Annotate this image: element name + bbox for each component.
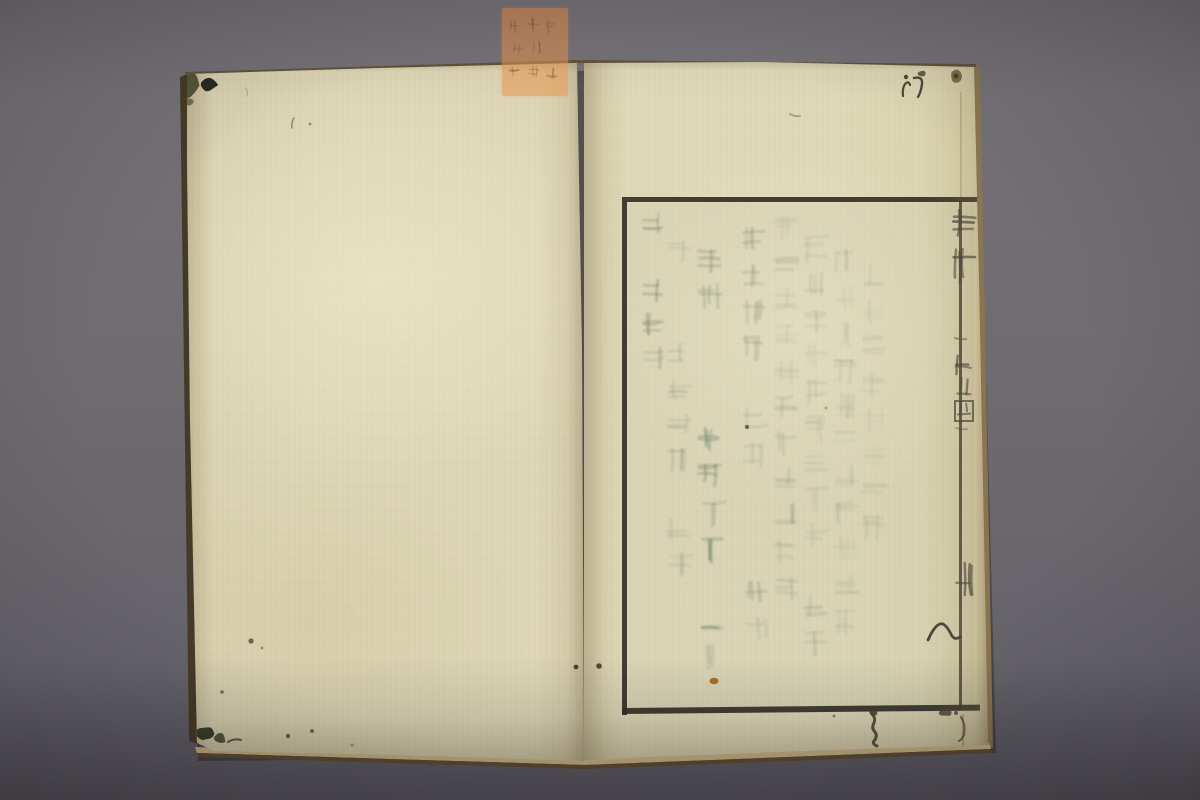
vignette [0, 0, 1200, 800]
photo [0, 0, 1200, 800]
